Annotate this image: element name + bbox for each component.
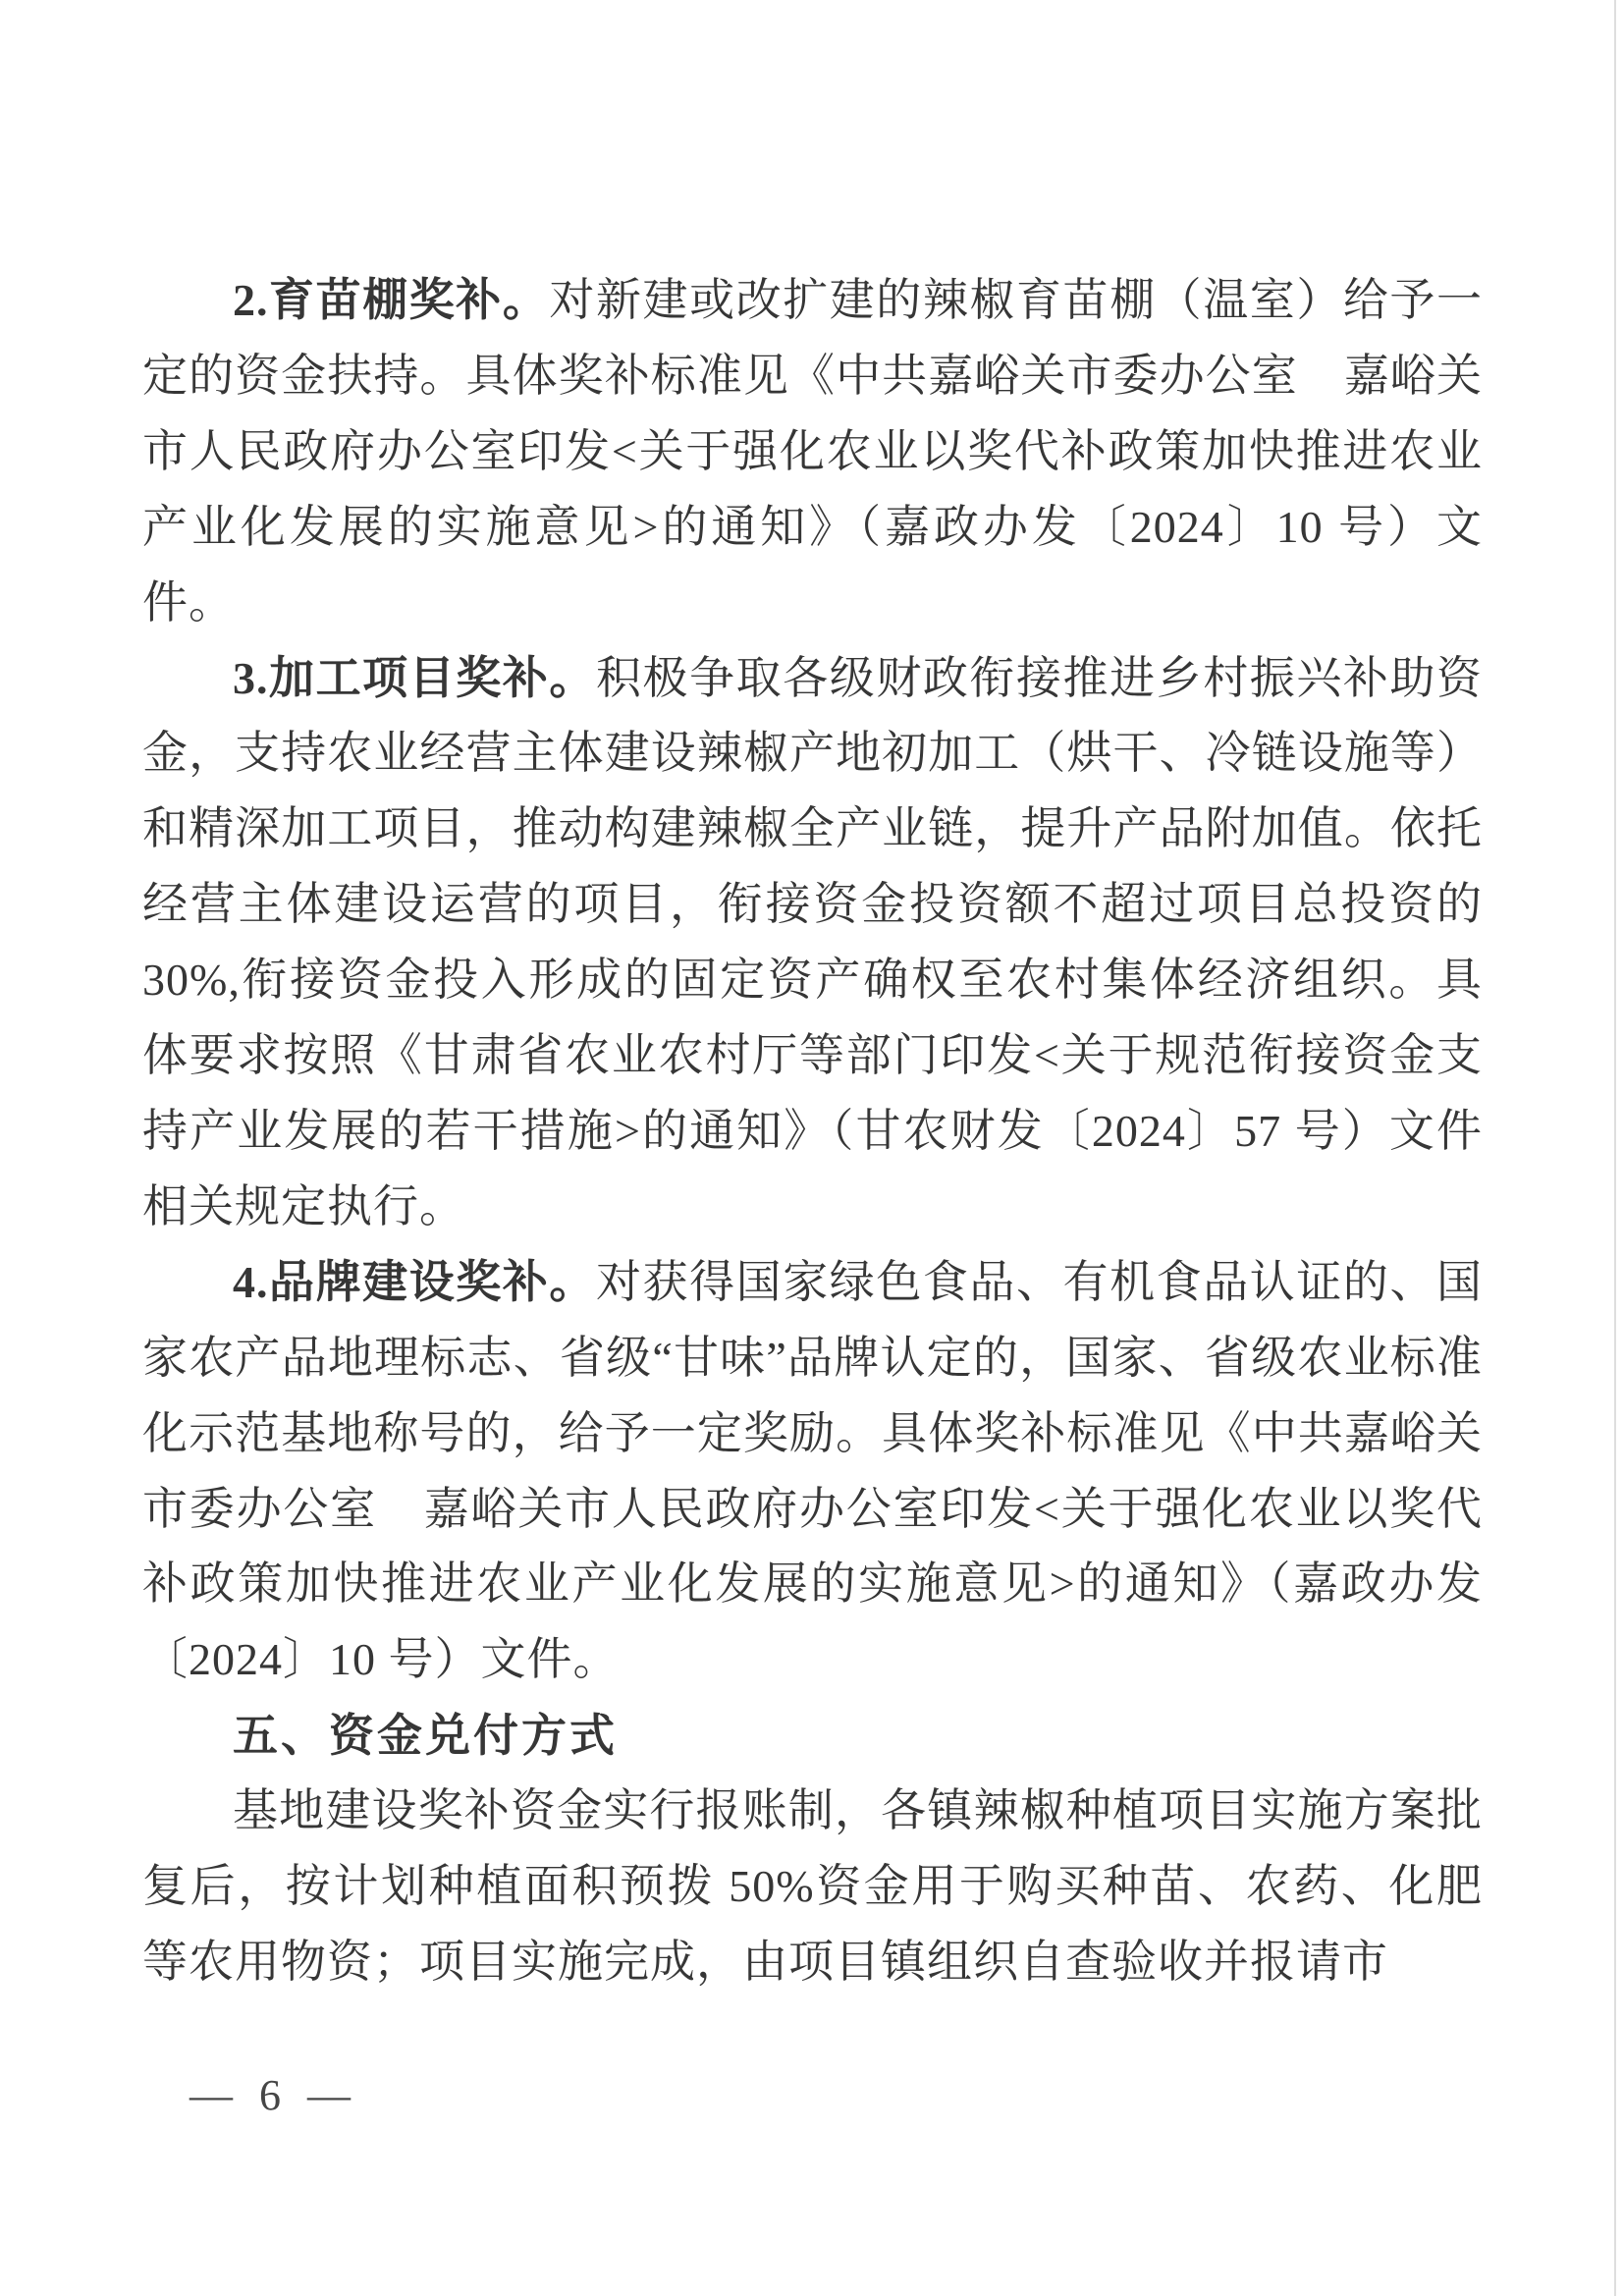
paragraph-nursery-subsidy-lead: 2.育苗棚奖补。 xyxy=(233,275,549,325)
paragraph-brand-subsidy-lead: 4.品牌建设奖补。 xyxy=(233,1257,596,1307)
scan-edge-line xyxy=(1614,0,1616,2296)
paragraph-processing-subsidy: 3.加工项目奖补。积极争取各级财政衔接推进乡村振兴补助资金，支持农业经营主体建设… xyxy=(142,641,1483,1245)
paragraph-processing-subsidy-lead: 3.加工项目奖补。 xyxy=(233,653,596,703)
document-body: 2.育苗棚奖补。对新建或改扩建的辣椒育苗棚（温室）给予一定的资金扶持。具体奖补标… xyxy=(142,263,1483,2000)
paragraph-brand-subsidy: 4.品牌建设奖补。对获得国家绿色食品、有机食品认证的、国家农产品地理标志、省级“… xyxy=(142,1245,1483,1698)
page-number-text: — 6 — xyxy=(189,2071,358,2119)
section-heading-payment-method: 五、资金兑付方式 xyxy=(142,1698,1483,1774)
paragraph-payment-method-text: 基地建设奖补资金实行报账制，各镇辣椒种植项目实施方案批复后，按计划种植面积预拨 … xyxy=(142,1785,1483,1987)
document-page: 2.育苗棚奖补。对新建或改扩建的辣椒育苗棚（温室）给予一定的资金扶持。具体奖补标… xyxy=(0,0,1623,2296)
paragraph-nursery-subsidy: 2.育苗棚奖补。对新建或改扩建的辣椒育苗棚（温室）给予一定的资金扶持。具体奖补标… xyxy=(142,263,1483,641)
page-number: — 6 — xyxy=(189,2066,358,2125)
paragraph-processing-subsidy-text: 积极争取各级财政衔接推进乡村振兴补助资金，支持农业经营主体建设辣椒产地初加工（烘… xyxy=(142,653,1483,1231)
paragraph-nursery-subsidy-text: 对新建或改扩建的辣椒育苗棚（温室）给予一定的资金扶持。具体奖补标准见《中共嘉峪关… xyxy=(142,275,1483,628)
paragraph-payment-method: 基地建设奖补资金实行报账制，各镇辣椒种植项目实施方案批复后，按计划种植面积预拨 … xyxy=(142,1774,1483,2000)
paragraph-brand-subsidy-text: 对获得国家绿色食品、有机食品认证的、国家农产品地理标志、省级“甘味”品牌认定的，… xyxy=(142,1257,1483,1685)
